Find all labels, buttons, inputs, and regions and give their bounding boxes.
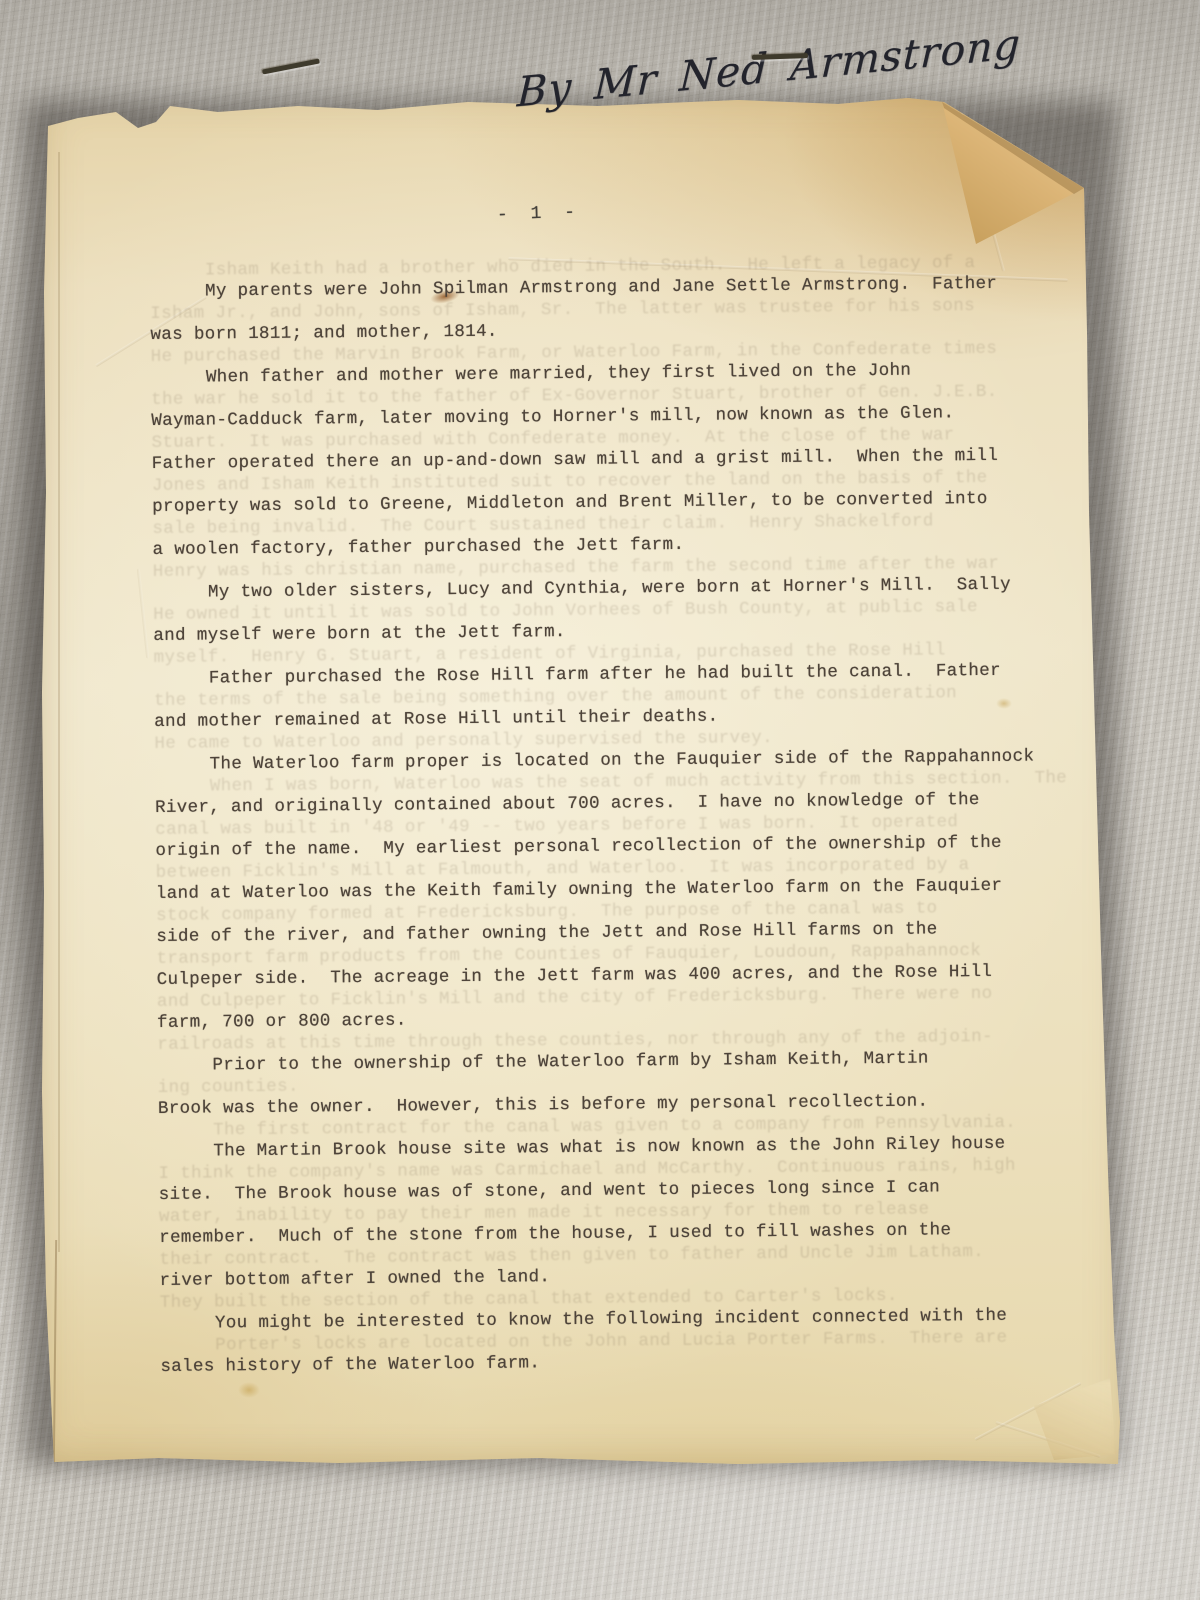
typed-line: Culpeper side. The acreage in the Jett f… <box>157 962 993 990</box>
typed-line: River, and originally contained about 70… <box>155 790 980 818</box>
typed-line: side of the river, and father owning the… <box>156 919 937 946</box>
typed-line: Father operated there an up-and-down saw… <box>152 446 999 474</box>
photo-scene: Isham Keith had a brother who died in th… <box>0 0 1200 1600</box>
typed-line: farm, 700 or 800 acres. <box>157 1011 407 1033</box>
typed-line: river bottom after I owned the land. <box>159 1267 550 1291</box>
typed-line: You might be interested to know the foll… <box>215 1306 1007 1334</box>
page-number: - 1 - <box>497 203 582 226</box>
typed-line: Brook was the owner. However, this is be… <box>158 1092 929 1119</box>
typed-line: Wayman-Cadduck farm, later moving to Hor… <box>151 403 954 431</box>
typed-line: The Martin Brook house site was what is … <box>213 1134 1005 1162</box>
document-page: Isham Keith had a brother who died in th… <box>38 92 1128 1470</box>
typed-line: and myself were born at the Jett farm. <box>153 622 566 646</box>
typed-line: My parents were John Spilman Armstrong a… <box>205 274 997 302</box>
typed-lines: My parents were John Spilman Armstrong a… <box>36 83 1139 1471</box>
typed-line: a woolen factory, father purchased the J… <box>152 535 684 560</box>
staple-left <box>262 59 320 75</box>
typed-line: land at Waterloo was the Keith family ow… <box>156 876 1003 904</box>
typed-line: origin of the name. My earliest personal… <box>155 833 1002 861</box>
typed-line: My two older sisters, Lucy and Cynthia, … <box>208 575 1011 603</box>
typed-line: sales history of the Waterloo farm. <box>160 1353 540 1377</box>
typed-line: Father purchased the Rose Hill farm afte… <box>209 661 1001 689</box>
typed-line: When father and mother were married, the… <box>206 361 912 388</box>
typed-line: Prior to the ownership of the Waterloo f… <box>212 1049 928 1076</box>
typed-line: property was sold to Greene, Middleton a… <box>152 489 988 517</box>
typed-line: site. The Brook house was of stone, and … <box>159 1177 940 1204</box>
typed-line: The Waterloo farm proper is located on t… <box>210 747 1035 775</box>
typed-line: and mother remained at Rose Hill until t… <box>154 707 718 732</box>
typed-line: was born 1811; and mother, 1814. <box>150 322 497 345</box>
typed-line: remember. Much of the stone from the hou… <box>159 1220 951 1248</box>
